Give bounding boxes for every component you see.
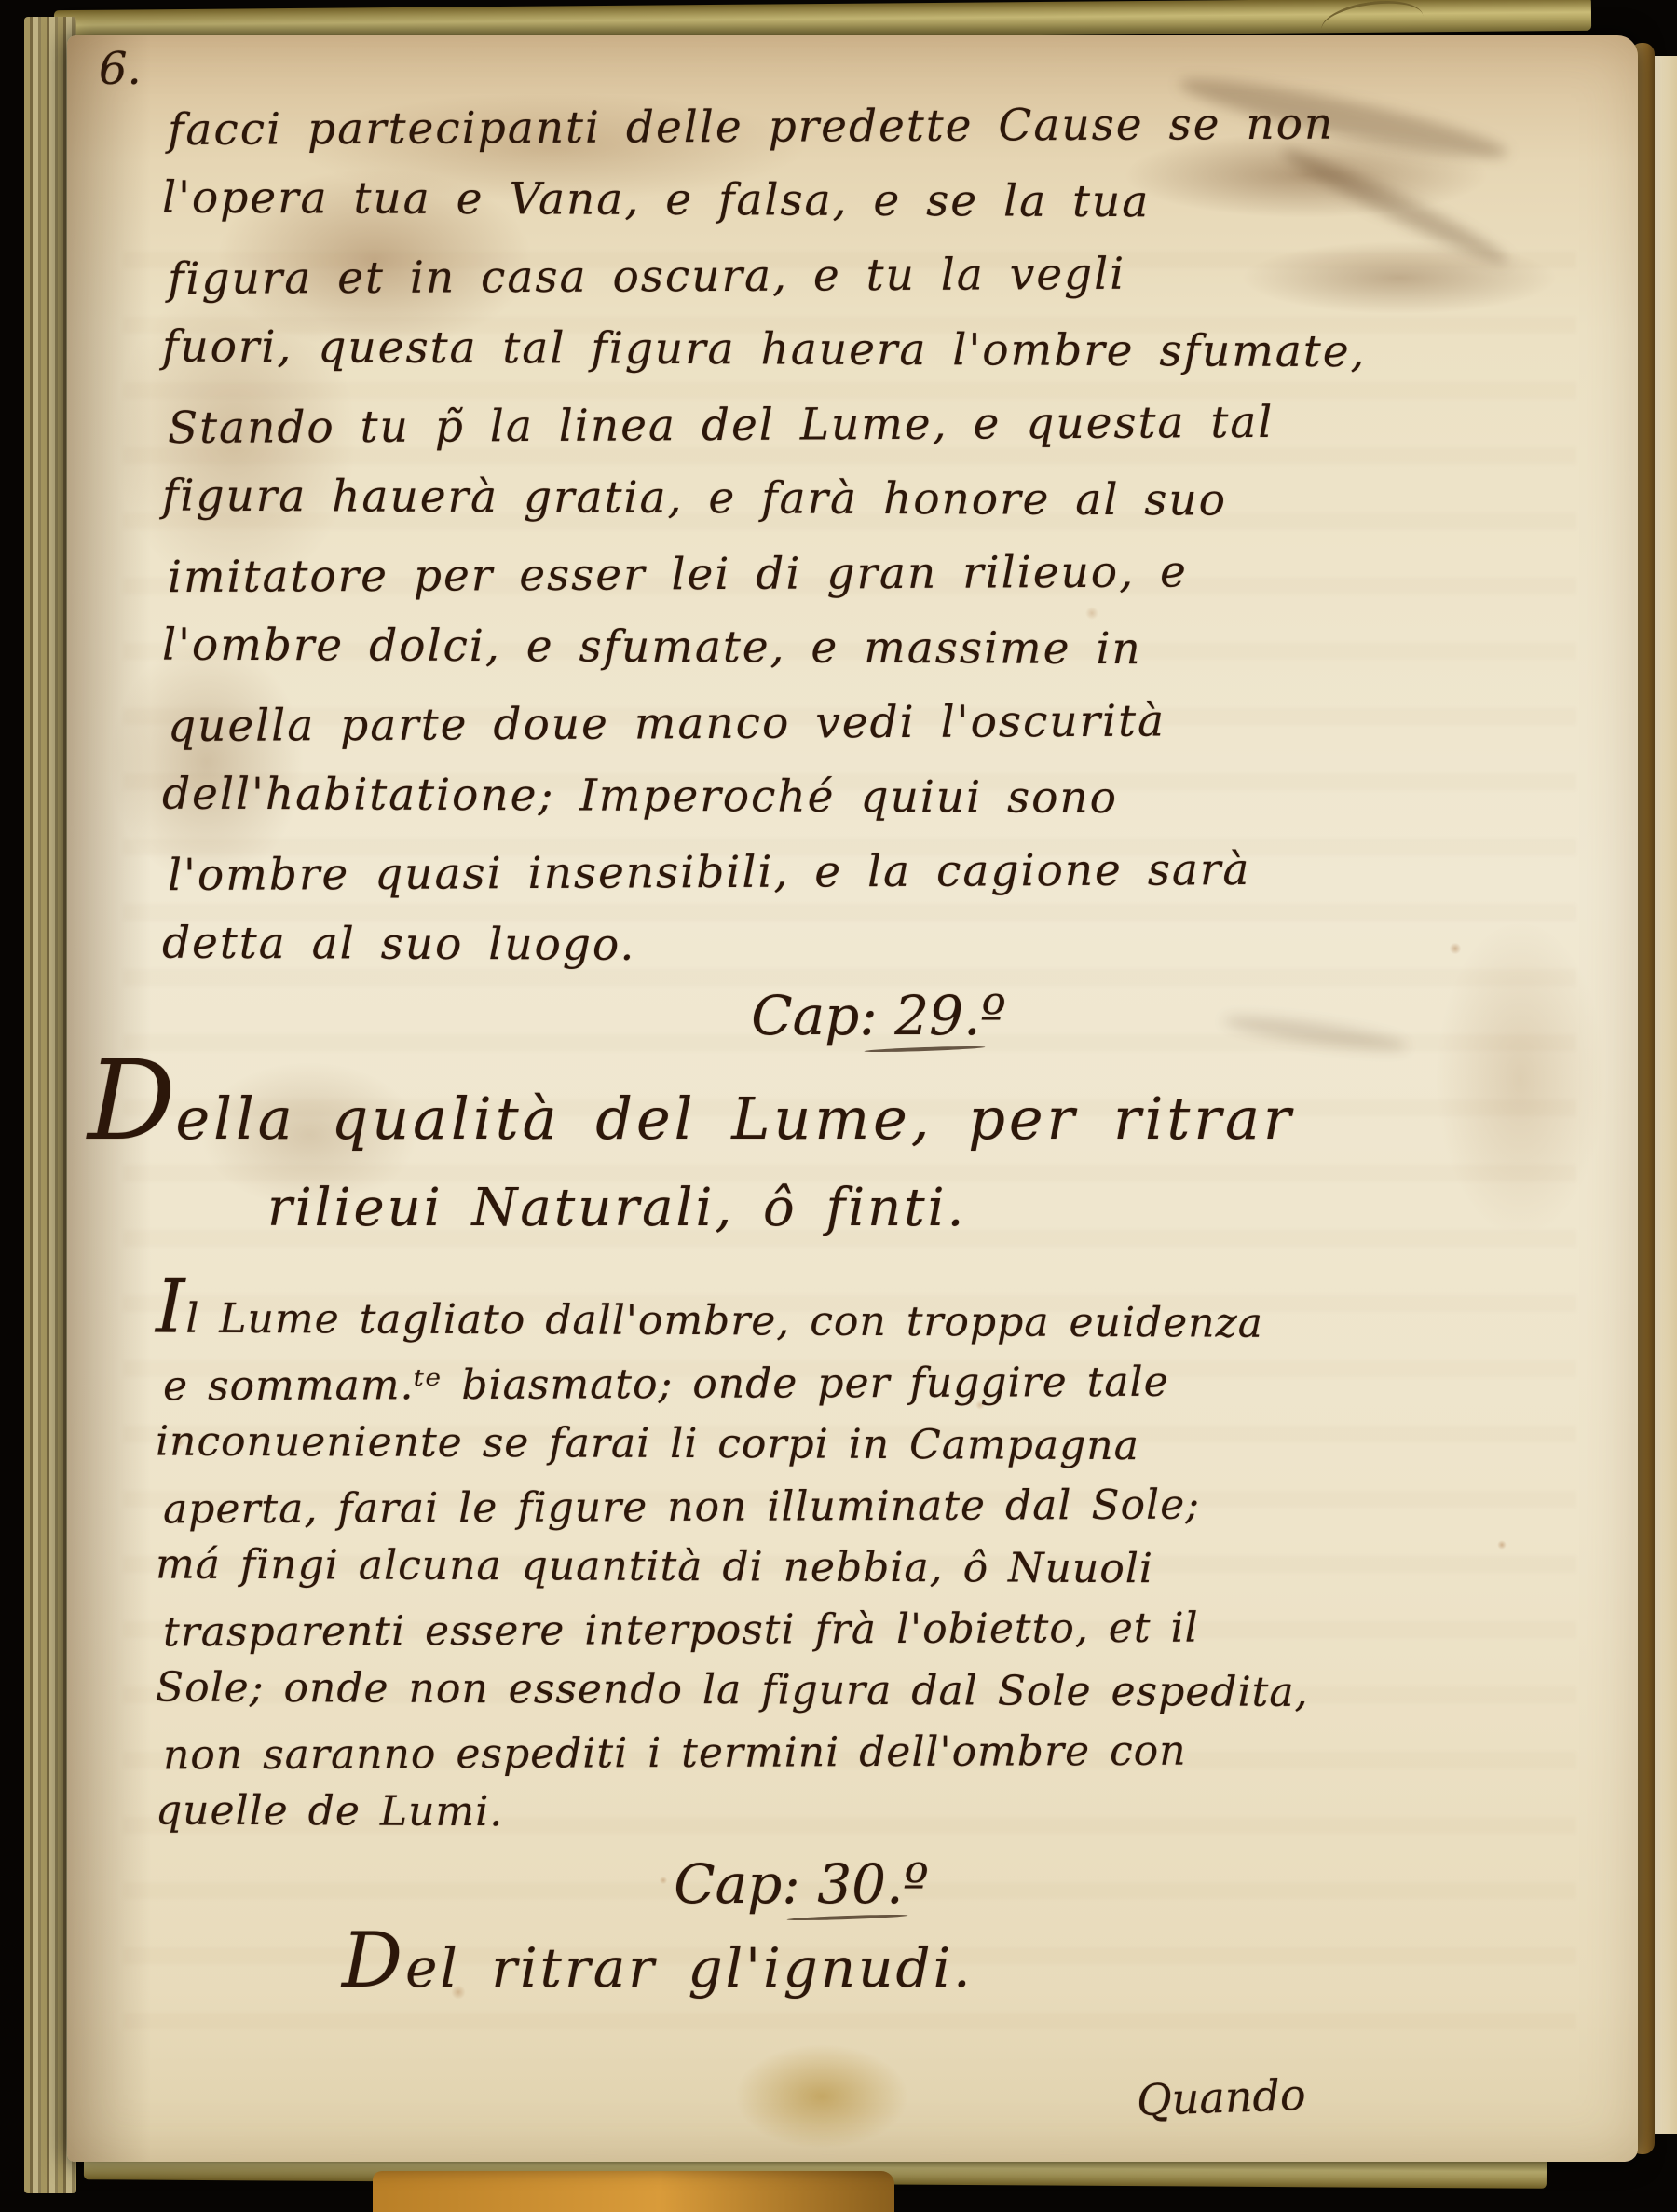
manuscript-line: inconueniente se farai li corpi in Campa… [156, 1412, 1628, 1480]
catchword: Quando [1136, 2069, 1306, 2125]
chapter-30-heading: Cap: 30.º [16, 1852, 1587, 1916]
manuscript-line: má fingi alcuna quantità di nebbia, ô Nu… [156, 1535, 1628, 1603]
manuscript-line: imitatore per esser lei di gran rilieuo,… [168, 533, 1621, 615]
manuscript-line: non saranno espediti i termini dell'ombr… [163, 1719, 1635, 1787]
manuscript-line: Il Lume tagliato dall'ombre, con troppa … [156, 1289, 1628, 1357]
chapter-29-paragraph: Il Lume tagliato dall'ombre, con troppa … [156, 1291, 1628, 1845]
manuscript-line: Sole; onde non essendo la figura dal Sol… [156, 1658, 1628, 1726]
manuscript-line: detta al suo luogo. [162, 907, 1616, 988]
manuscript-line: quella parte doue manco vedi l'oscurità [168, 682, 1621, 764]
manuscript-line: dell'habitatione; Imperoché quiui sono [162, 758, 1616, 839]
manuscript-line: e sommam.ᵗᵉ biasmato; onde per fuggire t… [163, 1350, 1635, 1418]
manuscript-line: l'ombre dolci, e sfumate, e massime in [162, 608, 1616, 690]
manuscript-line: aperta, farai le figure non illuminate d… [163, 1473, 1635, 1541]
opening-paragraph: facci partecipanti delle predette Cause … [168, 89, 1621, 984]
right-page-edge-sliver [1655, 56, 1677, 2134]
manuscript-line: l'ombre quasi insensibili, e la cagione … [168, 831, 1621, 913]
folio-number: 6. [99, 43, 142, 95]
binding-bottom-corner [373, 2171, 894, 2212]
manuscript-line: trasparenti essere interposti frà l'obie… [163, 1596, 1635, 1664]
manuscript-line: figura hauerà gratia, e farà honore al s… [162, 459, 1616, 540]
manuscript-line: quelle de Lumi. [156, 1781, 1628, 1849]
chapter-30-title: Del ritrar gl'ignudi. [342, 1936, 974, 2000]
manuscript-line: facci partecipanti delle predette Cause … [168, 86, 1621, 168]
chapter-29-heading: Cap: 29.º [93, 984, 1664, 1047]
chapter-29-title-line2: rilieui Naturali, ô finti. [267, 1178, 966, 1238]
manuscript-line: Stando tu p̃ la linea del Lume, e questa… [168, 384, 1621, 466]
chapter-29-title-line1: Della qualità del Lume, per ritrar [88, 1072, 1295, 1153]
photograph-backdrop: 6. facci partecipanti delle predette Cau… [0, 0, 1677, 2212]
manuscript-line: l'opera tua e Vana, e falsa, e se la tua [162, 161, 1616, 242]
manuscript-line: figura et in casa oscura, e tu la vegli [168, 235, 1621, 317]
manuscript-page: 6. facci partecipanti delle predette Cau… [67, 35, 1638, 2162]
manuscript-line: fuori, questa tal figura hauera l'ombre … [162, 310, 1616, 391]
